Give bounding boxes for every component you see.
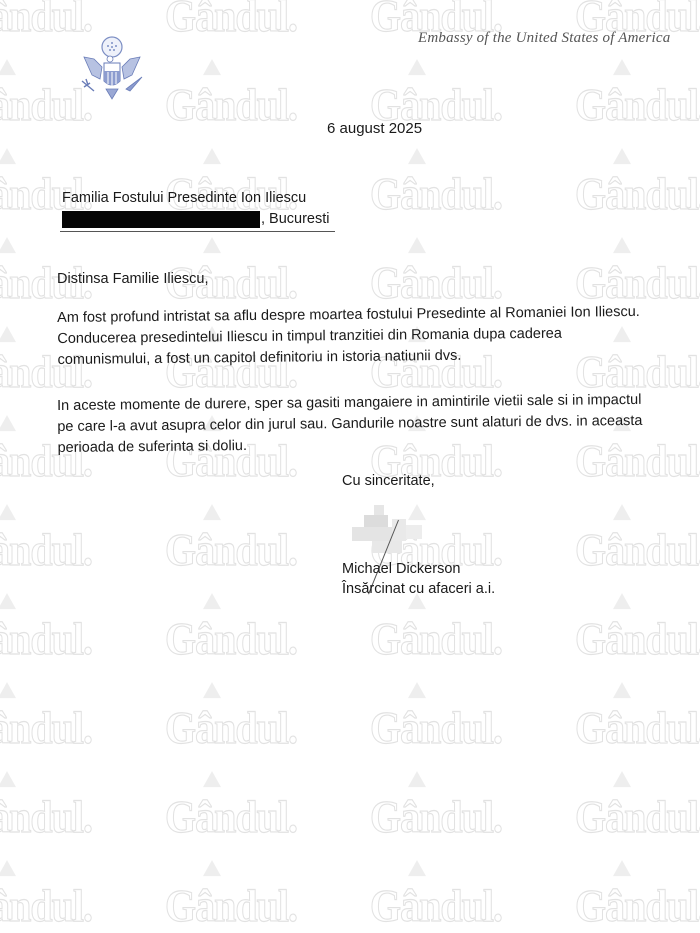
addressee-block: Familia Fostului Presedinte Ion Iliescu … — [62, 188, 330, 230]
address-underline — [60, 231, 335, 232]
signer-title: Însărcinat cu afaceri a.i. — [342, 579, 495, 599]
signer-name: Michael Dickerson — [342, 559, 495, 579]
addressee-name: Familia Fostului Presedinte Ion Iliescu — [62, 188, 330, 209]
letter-date: 6 august 2025 — [327, 120, 422, 137]
great-seal-eagle-icon — [80, 35, 144, 103]
addressee-city: , Bucuresti — [261, 209, 330, 230]
body-paragraph-2: In aceste momente de durere, sper sa gas… — [57, 390, 658, 459]
letter-page: Embassy of the United States of America … — [0, 0, 700, 933]
closing: Cu sinceritate, — [342, 473, 435, 489]
addressee-address: , Bucuresti — [62, 209, 330, 230]
salutation: Distinsa Familie Iliescu, — [57, 271, 209, 287]
redacted-street-address — [62, 211, 260, 228]
body-paragraph-1: Am fost profund intristat sa aflu despre… — [57, 302, 658, 371]
embassy-letterhead: Embassy of the United States of America — [418, 30, 671, 47]
signer-block: Michael Dickerson Însărcinat cu afaceri … — [342, 559, 495, 599]
